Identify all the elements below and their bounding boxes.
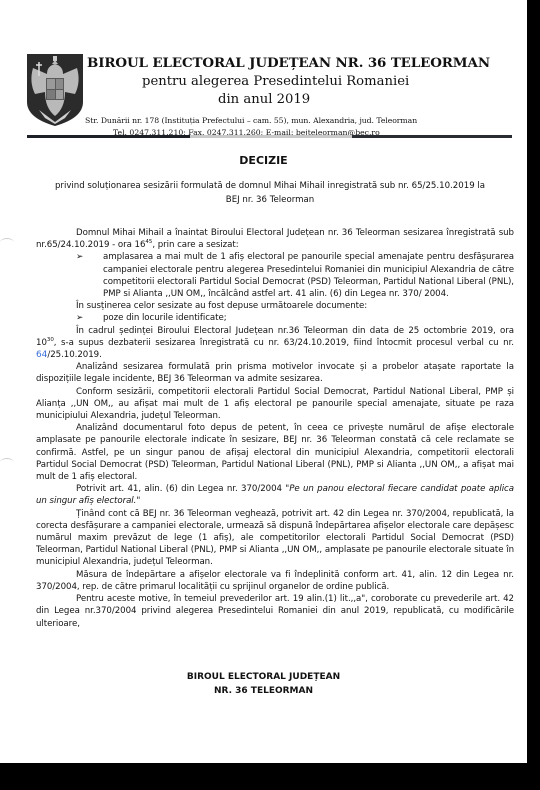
- header-divider-middle: [190, 135, 352, 138]
- subject-line1: privind soluționarea sesizării formulată…: [30, 179, 510, 194]
- header-divider-right: [352, 135, 512, 138]
- paragraph-legal-basis: Pentru aceste motive, în temeiul prevede…: [36, 593, 514, 630]
- paragraph-session: În cadrul ședinței Biroului Electoral Ju…: [36, 325, 514, 362]
- scan-artifact: [0, 458, 14, 467]
- signature-line2: NR. 36 TELEORMAN: [0, 685, 527, 698]
- arrowhead-bullet-icon: ➢: [76, 251, 83, 263]
- document-title: DECIZIE: [0, 154, 527, 167]
- header-address: Str. Dunării nr. 178 (Instituția Prefect…: [85, 116, 505, 125]
- paragraph-findings: Analizând documentarul foto depus de pet…: [36, 422, 514, 483]
- handwritten-number: 64: [36, 350, 47, 360]
- signature-line1: BIROUL ELECTORAL JUDEȚEAN: [0, 671, 527, 684]
- document-page: BIROUL ELECTORAL JUDEȚEAN NR. 36 TELEORM…: [0, 0, 527, 763]
- paragraph-removal: Ținând cont că BEJ nr. 36 Teleorman vegh…: [36, 508, 514, 569]
- paragraph-measure: Măsura de îndepărtare a afișelor elector…: [36, 569, 514, 593]
- header-subtitle-line2: din anul 2019: [218, 92, 527, 107]
- list-item: ➢amplasarea a mai mult de 1 afiș elector…: [36, 251, 514, 300]
- paragraph-documents: În susținerea celor sesizate au fost dep…: [36, 300, 514, 312]
- institution-name: BIROUL ELECTORAL JUDEȚEAN NR. 36 TELEORM…: [87, 55, 507, 71]
- header-divider-left: [27, 135, 190, 138]
- romanian-coat-of-arms-icon: [25, 52, 85, 128]
- paragraph-law-quote: Potrivit art. 41, alin. (6) din Legea nr…: [36, 483, 514, 507]
- paragraph-complaint: Conform sesizării, competitorii electora…: [36, 386, 514, 423]
- paragraph-intro: Domnul Mihai Mihail a înaintat Biroului …: [36, 227, 514, 251]
- list-item: ➢poze din locurile identificate;: [36, 312, 514, 324]
- header-subtitle-line1: pentru alegerea Presedintelui Romaniei: [142, 74, 527, 89]
- paragraph-analysis: Analizând sesizarea formulată prin prism…: [36, 361, 514, 385]
- subject-line2: BEJ nr. 36 Teleorman: [30, 193, 510, 208]
- document-body: Domnul Mihai Mihail a înaintat Biroului …: [36, 227, 514, 630]
- scan-artifact: [0, 238, 14, 247]
- arrowhead-bullet-icon: ➢: [76, 312, 83, 324]
